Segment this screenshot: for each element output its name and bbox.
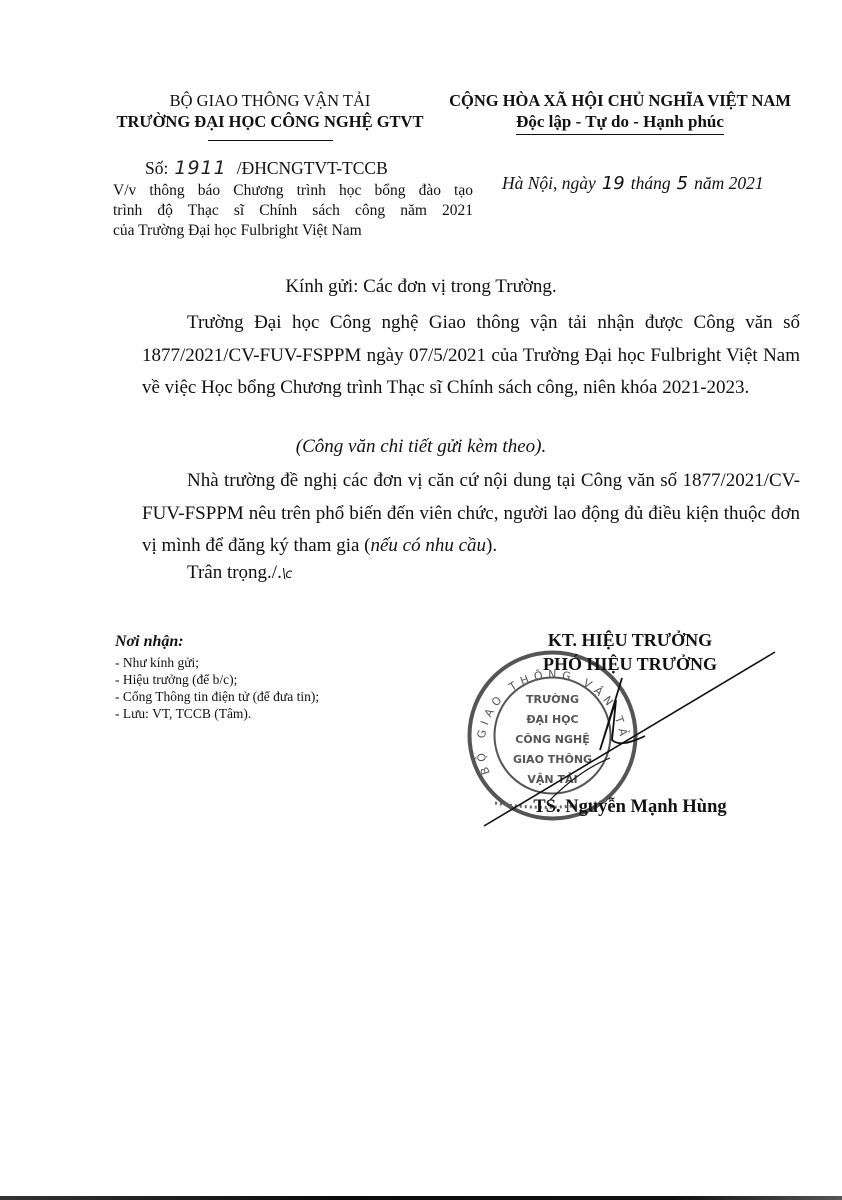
- issue-date: Hà Nội, ngày19tháng5năm 2021: [502, 173, 764, 194]
- national-motto: Độc lập - Tự do - Hạnh phúc: [516, 111, 724, 135]
- document-number-suffix: /ĐHCNGTVT-TCCB: [237, 158, 388, 178]
- recipient-item: - Như kính gửi;: [115, 654, 319, 671]
- subject-line: của Trường Đại học Fulbright Việt Nam: [113, 221, 473, 241]
- subject-line: V/v thông báo Chương trình học bổng đào …: [113, 181, 473, 201]
- salutation: Kính gửi: Các đơn vị trong Trường.: [0, 276, 842, 298]
- national-header: CỘNG HÒA XÃ HỘI CHỦ NGHĨA VIỆT NAM Độc l…: [445, 90, 795, 135]
- paragraph-2-end: ).: [486, 535, 497, 556]
- scan-edge-shadow: [0, 1196, 842, 1200]
- school-name: TRƯỜNG ĐẠI HỌC CÔNG NGHỆ GTVT: [100, 111, 440, 132]
- closing-line: Trân trọng./.\c: [187, 562, 291, 584]
- date-year: năm 2021: [694, 173, 764, 193]
- body-paragraph-1: Trường Đại học Công nghệ Giao thông vận …: [142, 307, 800, 405]
- body-paragraph-2: Nhà trường đề nghị các đơn vị căn cứ nội…: [142, 465, 800, 563]
- subject-summary: V/v thông báo Chương trình học bổng đào …: [113, 181, 473, 241]
- ministry-name: BỘ GIAO THÔNG VẬN TẢI: [100, 90, 440, 111]
- paragraph-2-italic: nếu có nhu cầu: [370, 535, 486, 556]
- issuer-header: BỘ GIAO THÔNG VẬN TẢI TRƯỜNG ĐẠI HỌC CÔN…: [100, 90, 440, 141]
- recipient-item: - Hiệu trưởng (để b/c);: [115, 671, 319, 688]
- recipients-block: Nơi nhận: - Như kính gửi; - Hiệu trưởng …: [115, 633, 319, 722]
- date-day: 19: [602, 173, 625, 194]
- date-place: Hà Nội, ngày: [502, 173, 596, 193]
- document-number: Số:1911/ĐHCNGTVT-TCCB: [145, 157, 388, 179]
- document-number-value: 1911: [174, 157, 226, 179]
- signer-name: TS. Nguyễn Mạnh Hùng: [470, 797, 790, 818]
- initials-mark: \c: [282, 567, 292, 582]
- recipient-item: - Cổng Thông tin điện tử (để đưa tin);: [115, 688, 319, 705]
- recipient-item: - Lưu: VT, TCCB (Tâm).: [115, 705, 319, 722]
- date-month: 5: [677, 173, 688, 194]
- document-number-label: Số:: [145, 158, 168, 178]
- attachment-note: (Công văn chi tiết gửi kèm theo).: [0, 436, 842, 458]
- nation-name: CỘNG HÒA XÃ HỘI CHỦ NGHĨA VIỆT NAM: [445, 90, 795, 111]
- closing-text: Trân trọng./.: [187, 562, 282, 583]
- subject-line: trình độ Thạc sĩ Chính sách công năm 202…: [113, 201, 473, 221]
- header-divider: [208, 140, 333, 141]
- date-month-label: tháng: [631, 173, 671, 193]
- recipients-title: Nơi nhận:: [115, 633, 319, 651]
